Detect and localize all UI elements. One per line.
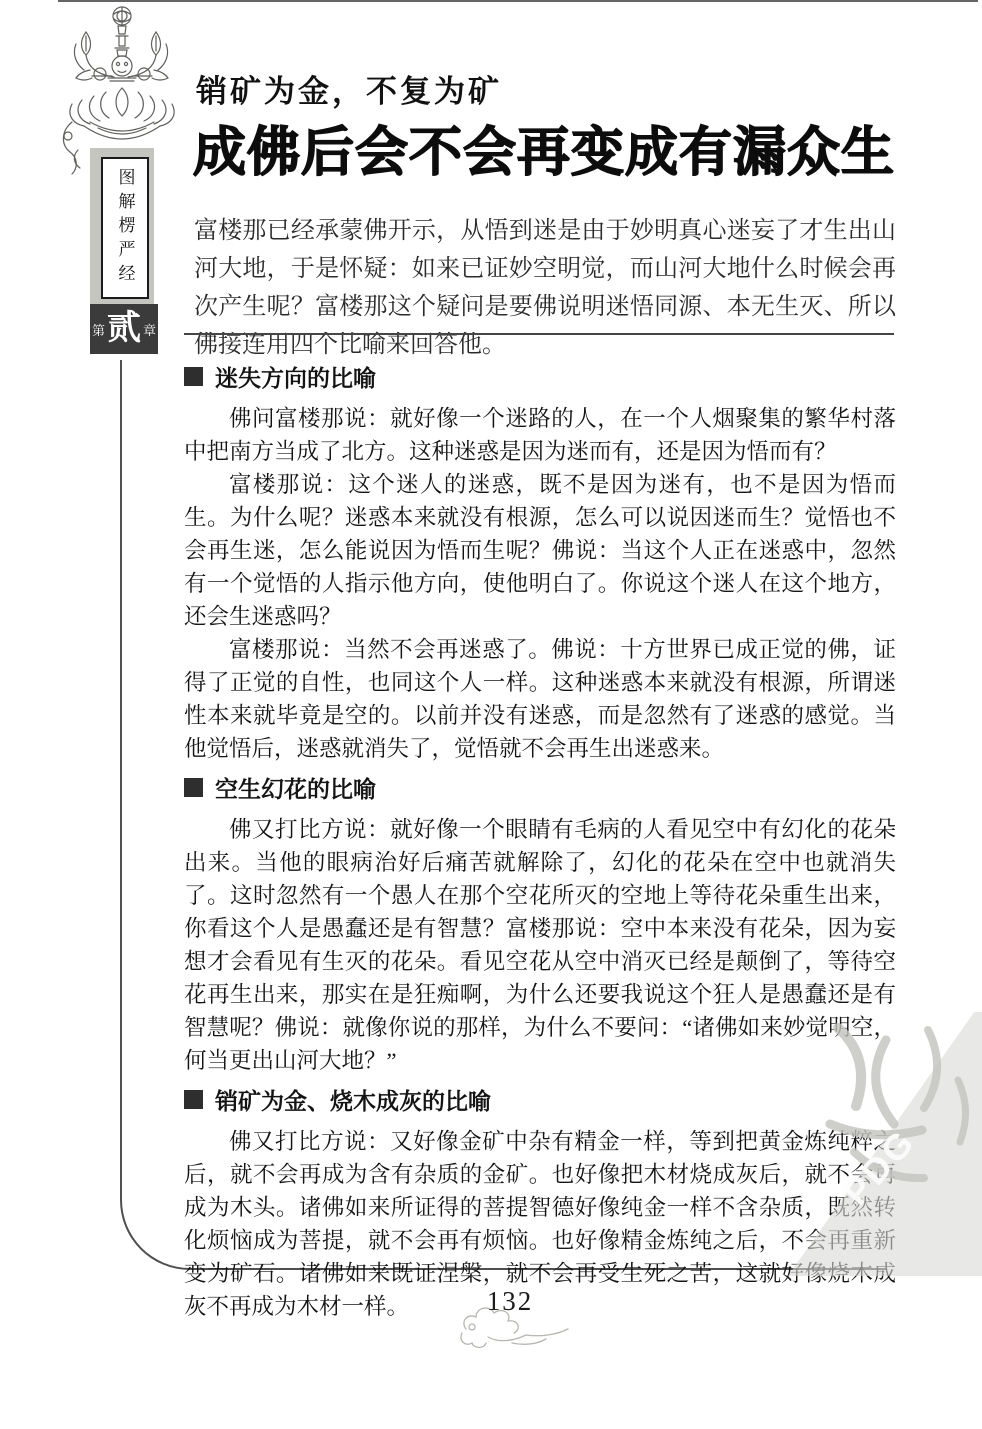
chapter-prefix: 第 <box>92 320 105 339</box>
book-title-vertical: 图解楞严经 <box>113 168 138 288</box>
chapter-numeral: 贰 <box>107 312 141 346</box>
section-heading-text: 销矿为金、烧木成灰的比喻 <box>215 1083 491 1116</box>
paragraph: 佛问富楼那说：就好像一个迷路的人，在一个人烟聚集的繁华村落中把南方当成了北方。这… <box>184 402 896 468</box>
section-heading: 迷失方向的比喻 <box>184 360 896 393</box>
page-title: 成佛后会不会再变成有漏众生 <box>193 110 905 186</box>
section-heading-text: 空生幻花的比喻 <box>215 771 376 804</box>
intro-paragraph: 富楼那已经承蒙佛开示，从悟到迷是由于妙明真心迷妄了才生出山河大地，于是怀疑：如来… <box>194 212 896 364</box>
chapter-badge: 第 贰 章 <box>90 304 158 354</box>
paragraph: 富楼那说：当然不会再迷惑了。佛说：十方世界已成正觉的佛，证得了正觉的自性，也同这… <box>184 633 896 765</box>
book-page: { "page": { "number": "132", "side_label… <box>0 0 982 1429</box>
section-heading: 空生幻花的比喻 <box>184 771 896 804</box>
section: 空生幻花的比喻 佛又打比方说：就好像一个眼睛有毛病的人看见空中有幻化的花朵出来。… <box>184 771 896 1077</box>
book-title-box: 图解楞严经 <box>101 157 149 299</box>
section-paragraphs: 佛问富楼那说：就好像一个迷路的人，在一个人烟聚集的繁华村落中把南方当成了北方。这… <box>184 402 896 765</box>
page-number: 132 <box>120 1286 900 1317</box>
section-heading: 销矿为金、烧木成灰的比喻 <box>184 1083 896 1116</box>
section-heading-text: 迷失方向的比喻 <box>215 360 376 393</box>
paragraph: 富楼那说：这个迷人的迷惑，既不是因为迷有，也不是因为悟而生。为什么呢？迷惑本来就… <box>184 468 896 633</box>
intro-divider <box>184 333 894 335</box>
section: 迷失方向的比喻 佛问富楼那说：就好像一个迷路的人，在一个人烟聚集的繁华村落中把南… <box>184 360 896 765</box>
content-sections: 迷失方向的比喻 佛问富楼那说：就好像一个迷路的人，在一个人烟聚集的繁华村落中把南… <box>184 354 896 1323</box>
section-paragraphs: 佛又打比方说：就好像一个眼睛有毛病的人看见空中有幻化的花朵出来。当他的眼病治好后… <box>184 813 896 1077</box>
section-marker-icon <box>184 1090 203 1109</box>
section-marker-icon <box>184 367 203 386</box>
scan-edge-line <box>58 0 978 2</box>
section-marker-icon <box>184 778 203 797</box>
section-kicker: 销矿为金，不复为矿 <box>196 66 896 111</box>
chapter-suffix: 章 <box>143 320 156 339</box>
paragraph: 佛又打比方说：就好像一个眼睛有毛病的人看见空中有幻化的花朵出来。当他的眼病治好后… <box>184 813 896 1077</box>
